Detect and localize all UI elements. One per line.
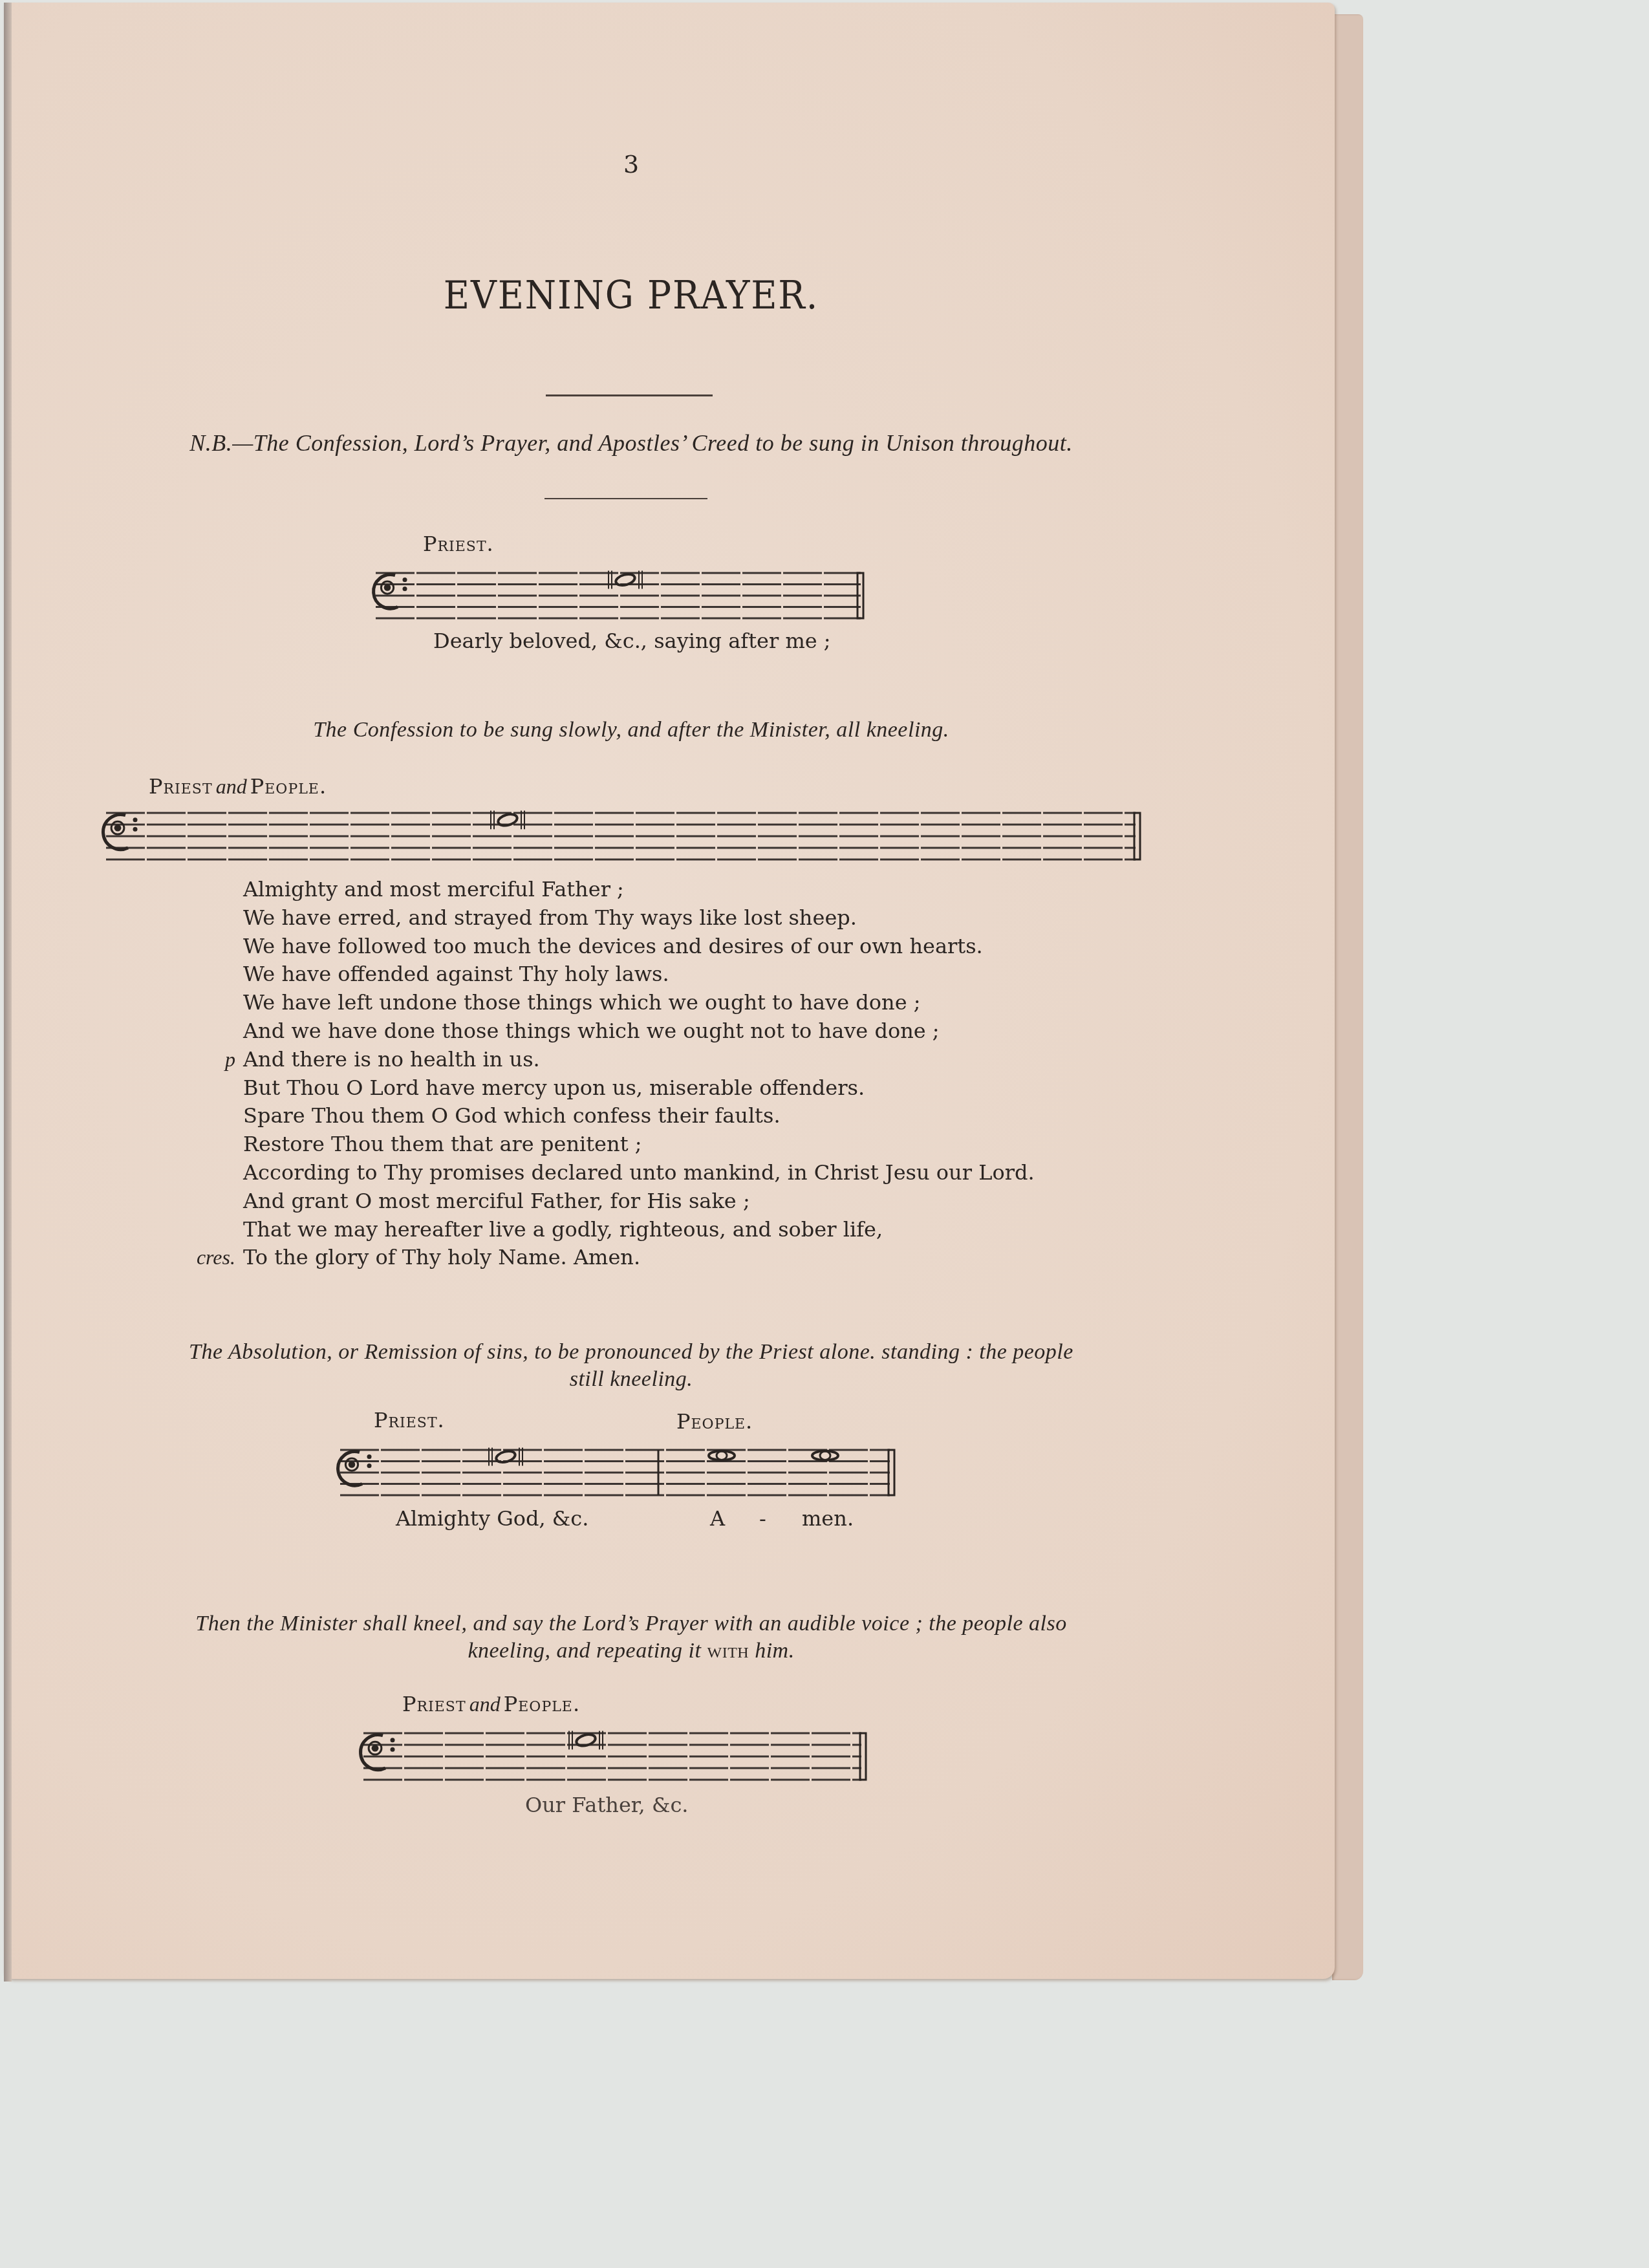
page-title: EVENING PRAYER. bbox=[54, 273, 1209, 318]
confession-line: We have erred, and strayed from Thy ways… bbox=[243, 904, 1035, 933]
confession-line-text: And there is no health in us. bbox=[243, 1047, 540, 1072]
unison-note: N.B.—The Confession, Lord’s Prayer, and … bbox=[4, 429, 1258, 457]
direction-text-end: him. bbox=[749, 1639, 795, 1663]
title-rule bbox=[546, 394, 713, 396]
music-staff-opening bbox=[376, 569, 874, 621]
confession-line-text: But Thou O Lord have mercy upon us, mise… bbox=[243, 1075, 865, 1100]
whole-note-icon bbox=[812, 1451, 838, 1460]
confession-line: cres.To the glory of Thy holy Name. Amen… bbox=[243, 1244, 1035, 1272]
confession-line-text: And we have done those things which we o… bbox=[243, 1019, 940, 1043]
music-staff-confession bbox=[106, 808, 1147, 866]
confession-line: We have offended against Thy holy laws. bbox=[243, 960, 1035, 989]
confession-direction: The Confession to be sung slowly, and af… bbox=[4, 718, 1258, 742]
direction-emphasis: with bbox=[707, 1639, 749, 1663]
c-clef-icon bbox=[361, 1735, 395, 1770]
direction-text: kneeling, and repeating it bbox=[468, 1639, 707, 1663]
amen-syllable-a: A bbox=[710, 1506, 725, 1531]
c-clef-icon bbox=[338, 1451, 372, 1485]
book-page: 3 EVENING PRAYER. N.B.—The Confession, L… bbox=[4, 3, 1335, 1979]
confession-line-text: To the glory of Thy holy Name. Amen. bbox=[243, 1245, 640, 1269]
confession-line: But Thou O Lord have mercy upon us, mise… bbox=[243, 1074, 1035, 1103]
final-barline bbox=[1134, 813, 1140, 859]
confession-line: And we have done those things which we o… bbox=[243, 1017, 1035, 1046]
voice-label-priest: Priest. bbox=[423, 532, 494, 556]
confession-line: According to Thy promises declared unto … bbox=[243, 1159, 1035, 1187]
piano-dynamic-marking: p bbox=[225, 1046, 235, 1074]
priest-label: Priest bbox=[149, 774, 213, 799]
music-staff-lords-prayer bbox=[363, 1729, 874, 1781]
voice-label-priest-and-people: Priest and People. bbox=[402, 1692, 580, 1716]
confession-line: We have followed too much the devices an… bbox=[243, 933, 1035, 961]
confession-line-text: We have erred, and strayed from Thy ways… bbox=[243, 905, 857, 930]
confession-line-text: We have left undone those things which w… bbox=[243, 990, 921, 1015]
absolution-priest-lyric: Almighty God, &c. bbox=[396, 1506, 588, 1531]
page-spine bbox=[4, 3, 12, 1982]
page-number: 3 bbox=[4, 150, 1258, 178]
whole-note-icon bbox=[709, 1451, 735, 1460]
lords-prayer-lyric: Our Father, &c. bbox=[525, 1793, 689, 1817]
voice-label-priest-and-people: Priest and People. bbox=[149, 774, 327, 799]
final-barline bbox=[889, 1450, 894, 1495]
lords-prayer-direction-line1: Then the Minister shall kneel, and say t… bbox=[4, 1612, 1258, 1636]
final-barline bbox=[860, 1733, 866, 1780]
confession-line-text: We have followed too much the devices an… bbox=[243, 934, 983, 958]
confession-line-text: According to Thy promises declared unto … bbox=[243, 1160, 1035, 1185]
note-rule bbox=[544, 498, 707, 499]
confession-line: Restore Thou them that are penitent ; bbox=[243, 1130, 1035, 1159]
confession-line-text: Restore Thou them that are penitent ; bbox=[243, 1132, 641, 1156]
lords-prayer-direction-line2: kneeling, and repeating it with him. bbox=[4, 1639, 1258, 1663]
amen-hyphen: - bbox=[759, 1506, 766, 1531]
voice-label-priest: Priest. bbox=[374, 1408, 445, 1432]
c-clef-icon bbox=[374, 574, 407, 609]
confession-line: We have left undone those things which w… bbox=[243, 989, 1035, 1017]
confession-line: Almighty and most merciful Father ; bbox=[243, 876, 1035, 904]
confession-text: Almighty and most merciful Father ;We ha… bbox=[243, 876, 1035, 1272]
absolution-direction-line2: still kneeling. bbox=[4, 1367, 1258, 1392]
people-label: People. bbox=[250, 774, 327, 799]
and-label: and bbox=[469, 1692, 501, 1716]
confession-line: And grant O most merciful Father, for Hi… bbox=[243, 1187, 1035, 1216]
priest-label: Priest bbox=[402, 1692, 466, 1716]
amen-syllable-men: men. bbox=[802, 1506, 854, 1531]
absolution-direction-line1: The Absolution, or Remission of sins, to… bbox=[4, 1340, 1258, 1365]
confession-line-text: We have offended against Thy holy laws. bbox=[243, 962, 669, 986]
underlying-page-edge bbox=[1332, 14, 1363, 1980]
crescendo-marking: cres. bbox=[197, 1244, 235, 1272]
confession-line-text: Spare Thou them O God which confess thei… bbox=[243, 1103, 781, 1128]
confession-line: Spare Thou them O God which confess thei… bbox=[243, 1102, 1035, 1130]
c-clef-icon bbox=[103, 815, 138, 850]
confession-line-text: And grant O most merciful Father, for Hi… bbox=[243, 1189, 750, 1213]
music-staff-absolution bbox=[340, 1446, 909, 1498]
confession-line: pAnd there is no health in us. bbox=[243, 1046, 1035, 1074]
confession-line-text: That we may hereafter live a godly, righ… bbox=[243, 1217, 883, 1242]
confession-line-text: Almighty and most merciful Father ; bbox=[243, 877, 624, 902]
people-label: People. bbox=[504, 1692, 580, 1716]
opening-lyric: Dearly beloved, &c., saying after me ; bbox=[433, 629, 831, 653]
and-label: and bbox=[216, 775, 247, 798]
voice-label-people: People. bbox=[676, 1409, 753, 1434]
confession-line: That we may hereafter live a godly, righ… bbox=[243, 1216, 1035, 1244]
